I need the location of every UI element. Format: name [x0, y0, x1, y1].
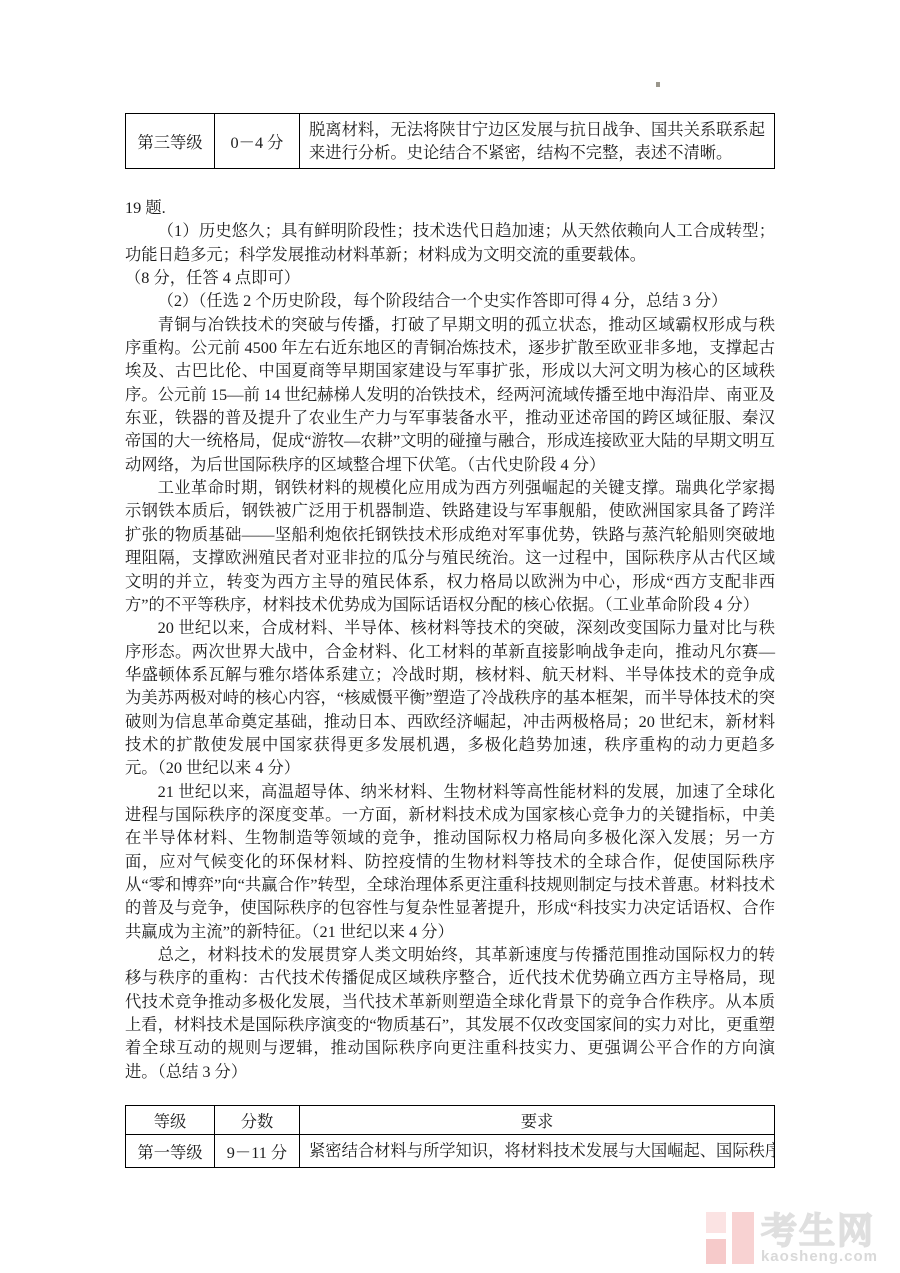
paragraph-industrial-stage: 工业革命时期，钢铁材料的规模化应用成为西方列强崛起的关键支撑。瑞典化学家揭示钢铁… [125, 476, 775, 616]
paragraph-ancient-stage: 青铜与冶铁技术的突破与传播，打破了早期文明的孤立状态，推动区域霸权形成与秩序重构… [125, 313, 775, 476]
score-header: 分数 [215, 1106, 300, 1135]
table-row: 第一等级 9－11 分 紧密结合材料与所学知识，将材料技术发展与大国崛起、国际秩… [126, 1135, 775, 1168]
paragraph-20th-century-stage: 20 世纪以来，合成材料、半导体、核材料等技术的突破，深刻改变国际力量对比与秩序… [125, 616, 775, 779]
requirement-cell: 脱离材料，无法将陕甘宁边区发展与抗日战争、国共关系联系起来进行分析。史论结合不紧… [300, 114, 775, 169]
watermark-site-domain: kaosheng.com [761, 1249, 878, 1264]
answer-part1-score-note: （8 分，任答 4 点即可） [125, 266, 775, 289]
site-watermark: 考生网 kaosheng.com [706, 1212, 878, 1264]
rubric-table-bottom: 等级 分数 要求 第一等级 9－11 分 紧密结合材料与所学知识，将材料技术发展… [125, 1105, 775, 1168]
answer-part2-score-note: （2）（任选 2 个历史阶段，每个阶段结合一个史实作答即可得 4 分，总结 3 … [125, 289, 775, 312]
grade-cell: 第三等级 [126, 114, 215, 169]
grade-header: 等级 [126, 1106, 215, 1135]
answer-part1: （1）历史悠久；具有鲜明阶段性；技术迭代日趋加速；从天然依赖向人工合成转型；功能… [125, 219, 775, 266]
question-heading: 19 题. [125, 196, 775, 219]
rubric-table-top: 第三等级 0－4 分 脱离材料，无法将陕甘宁边区发展与抗日战争、国共关系联系起来… [125, 113, 775, 169]
watermark-site-name: 考生网 [761, 1212, 878, 1250]
kaosheng-logo-icon [706, 1212, 754, 1264]
grade-cell: 第一等级 [126, 1135, 215, 1168]
logo-block-bottom-left [706, 1239, 726, 1264]
document-page: 第三等级 0－4 分 脱离材料，无法将陕甘宁边区发展与抗日战争、国共关系联系起来… [125, 113, 775, 1168]
paragraph-summary: 总之，材料技术的发展贯穿人类文明始终，其革新速度与传播范围推动国际权力的转移与秩… [125, 943, 775, 1083]
paragraph-21st-century-stage: 21 世纪以来，高温超导体、纳米材料、生物材料等高性能材料的发展，加速了全球化进… [125, 780, 775, 943]
table-row: 第三等级 0－4 分 脱离材料，无法将陕甘宁边区发展与抗日战争、国共关系联系起来… [126, 114, 775, 169]
logo-block-right [732, 1212, 754, 1264]
score-cell: 9－11 分 [215, 1135, 300, 1168]
scan-artifact-dot [656, 82, 660, 87]
requirement-header: 要求 [300, 1106, 775, 1135]
score-cell: 0－4 分 [215, 114, 300, 169]
table-header-row: 等级 分数 要求 [126, 1106, 775, 1135]
logo-block-top-left [706, 1212, 726, 1233]
watermark-text: 考生网 kaosheng.com [761, 1212, 878, 1264]
requirement-cell: 紧密结合材料与所学知识，将材料技术发展与大国崛起、国际秩序 [300, 1135, 775, 1168]
answer-section: 19 题. （1）历史悠久；具有鲜明阶段性；技术迭代日趋加速；从天然依赖向人工合… [125, 196, 775, 1083]
